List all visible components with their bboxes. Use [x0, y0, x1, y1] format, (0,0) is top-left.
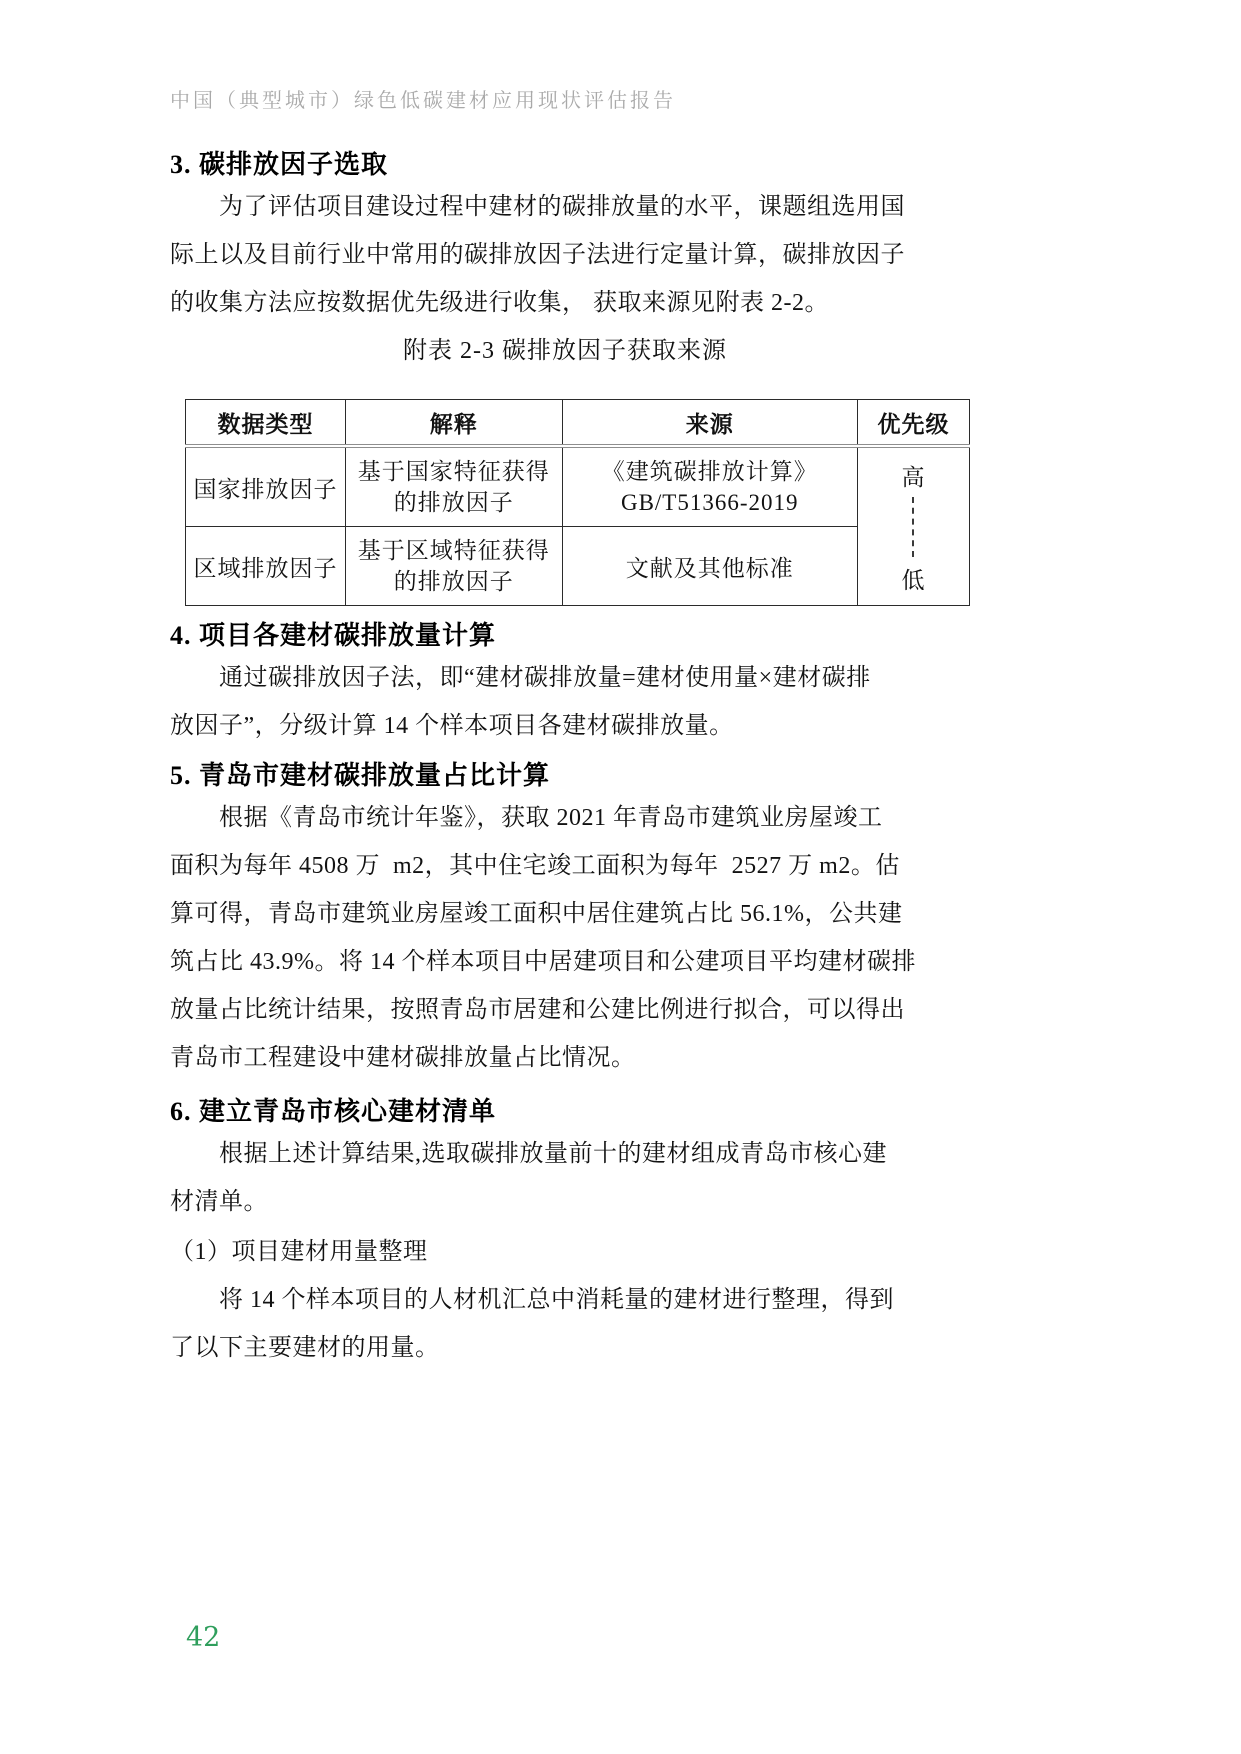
text-line: 的收集方法应按数据优先级进行收集， 获取来源见附表 2-2。	[170, 279, 970, 327]
priority-low-label: 低	[901, 562, 925, 595]
section-6-paragraph: 根据上述计算结果,选取碳排放量前十的建材组成青岛市核心建材清单。	[170, 1130, 970, 1226]
running-header: 中国（典型城市）绿色低碳建材应用现状评估报告	[170, 84, 970, 113]
text-line: 将 14 个样本项目的人材机汇总中消耗量的建材进行整理，得到	[170, 1276, 970, 1324]
text-line: 通过碳排放因子法，即“建材碳排放量=建材使用量×建材碳排	[170, 654, 970, 702]
col-header-explanation: 解释	[345, 400, 562, 447]
text-line: 放量占比统计结果，按照青岛市居建和公建比例进行拟合，可以得出	[170, 986, 970, 1034]
text-line: 筑占比 43.9%。将 14 个样本项目中居建项目和公建项目平均建材碳排	[170, 938, 970, 986]
text-line: 了以下主要建材的用量。	[170, 1324, 970, 1372]
priority-high-label: 高	[901, 459, 925, 492]
cell-source: 《建筑碳排放计算》 GB/T51366-2019	[562, 446, 857, 527]
text-line: 算可得，青岛市建筑业房屋竣工面积中居住建筑占比 56.1%，公共建	[170, 890, 970, 938]
cell-data-type: 国家排放因子	[186, 446, 346, 527]
cell-explanation: 基于国家特征获得 的排放因子	[345, 446, 562, 527]
cell-priority-merged: 高 低	[857, 446, 969, 606]
text-line: 根据《青岛市统计年鉴》，获取 2021 年青岛市建筑业房屋竣工	[170, 794, 970, 842]
text-line: 青岛市工程建设中建材碳排放量占比情况。	[170, 1034, 970, 1082]
text-line: 面积为每年 4508 万 m2，其中住宅竣工面积为每年 2527 万 m2。估	[170, 842, 970, 890]
section-6-heading: 6. 建立青岛市核心建材清单	[170, 1094, 970, 1130]
section-5-paragraph: 根据《青岛市统计年鉴》，获取 2021 年青岛市建筑业房屋竣工面积为每年 450…	[170, 794, 970, 1082]
page-content: 中国（典型城市）绿色低碳建材应用现状评估报告 3. 碳排放因子选取 为了评估项目…	[170, 0, 970, 1372]
subsection-1-heading: （1）项目建材用量整理	[170, 1228, 970, 1276]
cell-explanation: 基于区域特征获得 的排放因子	[345, 527, 562, 606]
cell-source: 文献及其他标准	[562, 527, 857, 606]
priority-scale: 高 低	[858, 451, 969, 603]
section-3-paragraph: 为了评估项目建设过程中建材的碳排放量的水平，课题组选用国际上以及目前行业中常用的…	[170, 183, 970, 327]
text-line: 放因子”，分级计算 14 个样本项目各建材碳排放量。	[170, 702, 970, 750]
section-4-heading: 4. 项目各建材碳排放量计算	[170, 618, 970, 654]
section-3-heading: 3. 碳排放因子选取	[170, 147, 970, 183]
col-header-data-type: 数据类型	[186, 400, 346, 447]
text-line: 为了评估项目建设过程中建材的碳排放量的水平，课题组选用国	[170, 183, 970, 231]
priority-dashed-line	[912, 497, 914, 557]
table-header-row: 数据类型 解释 来源 优先级	[186, 400, 970, 447]
col-header-source: 来源	[562, 400, 857, 447]
text-line: 材清单。	[170, 1178, 970, 1226]
emission-factor-table: 数据类型 解释 来源 优先级 国家排放因子 基于国家特征获得 的排放因子 《建筑…	[185, 399, 970, 606]
text-line: 际上以及目前行业中常用的碳排放因子法进行定量计算，碳排放因子	[170, 231, 970, 279]
section-4-paragraph: 通过碳排放因子法，即“建材碳排放量=建材使用量×建材碳排放因子”，分级计算 14…	[170, 654, 970, 750]
section-5-heading: 5. 青岛市建材碳排放量占比计算	[170, 758, 970, 794]
table-caption: 附表 2-3 碳排放因子获取来源	[170, 327, 960, 375]
text-line: 根据上述计算结果,选取碳排放量前十的建材组成青岛市核心建	[170, 1130, 970, 1178]
page-number: 42	[186, 1622, 220, 1653]
cell-data-type: 区域排放因子	[186, 527, 346, 606]
table-row: 国家排放因子 基于国家特征获得 的排放因子 《建筑碳排放计算》 GB/T5136…	[186, 446, 970, 527]
document-page: 中国（典型城市）绿色低碳建材应用现状评估报告 3. 碳排放因子选取 为了评估项目…	[0, 0, 1241, 1754]
table-row: 区域排放因子 基于区域特征获得 的排放因子 文献及其他标准	[186, 527, 970, 606]
col-header-priority: 优先级	[857, 400, 969, 447]
subsection-1-paragraph: 将 14 个样本项目的人材机汇总中消耗量的建材进行整理，得到了以下主要建材的用量…	[170, 1276, 970, 1372]
